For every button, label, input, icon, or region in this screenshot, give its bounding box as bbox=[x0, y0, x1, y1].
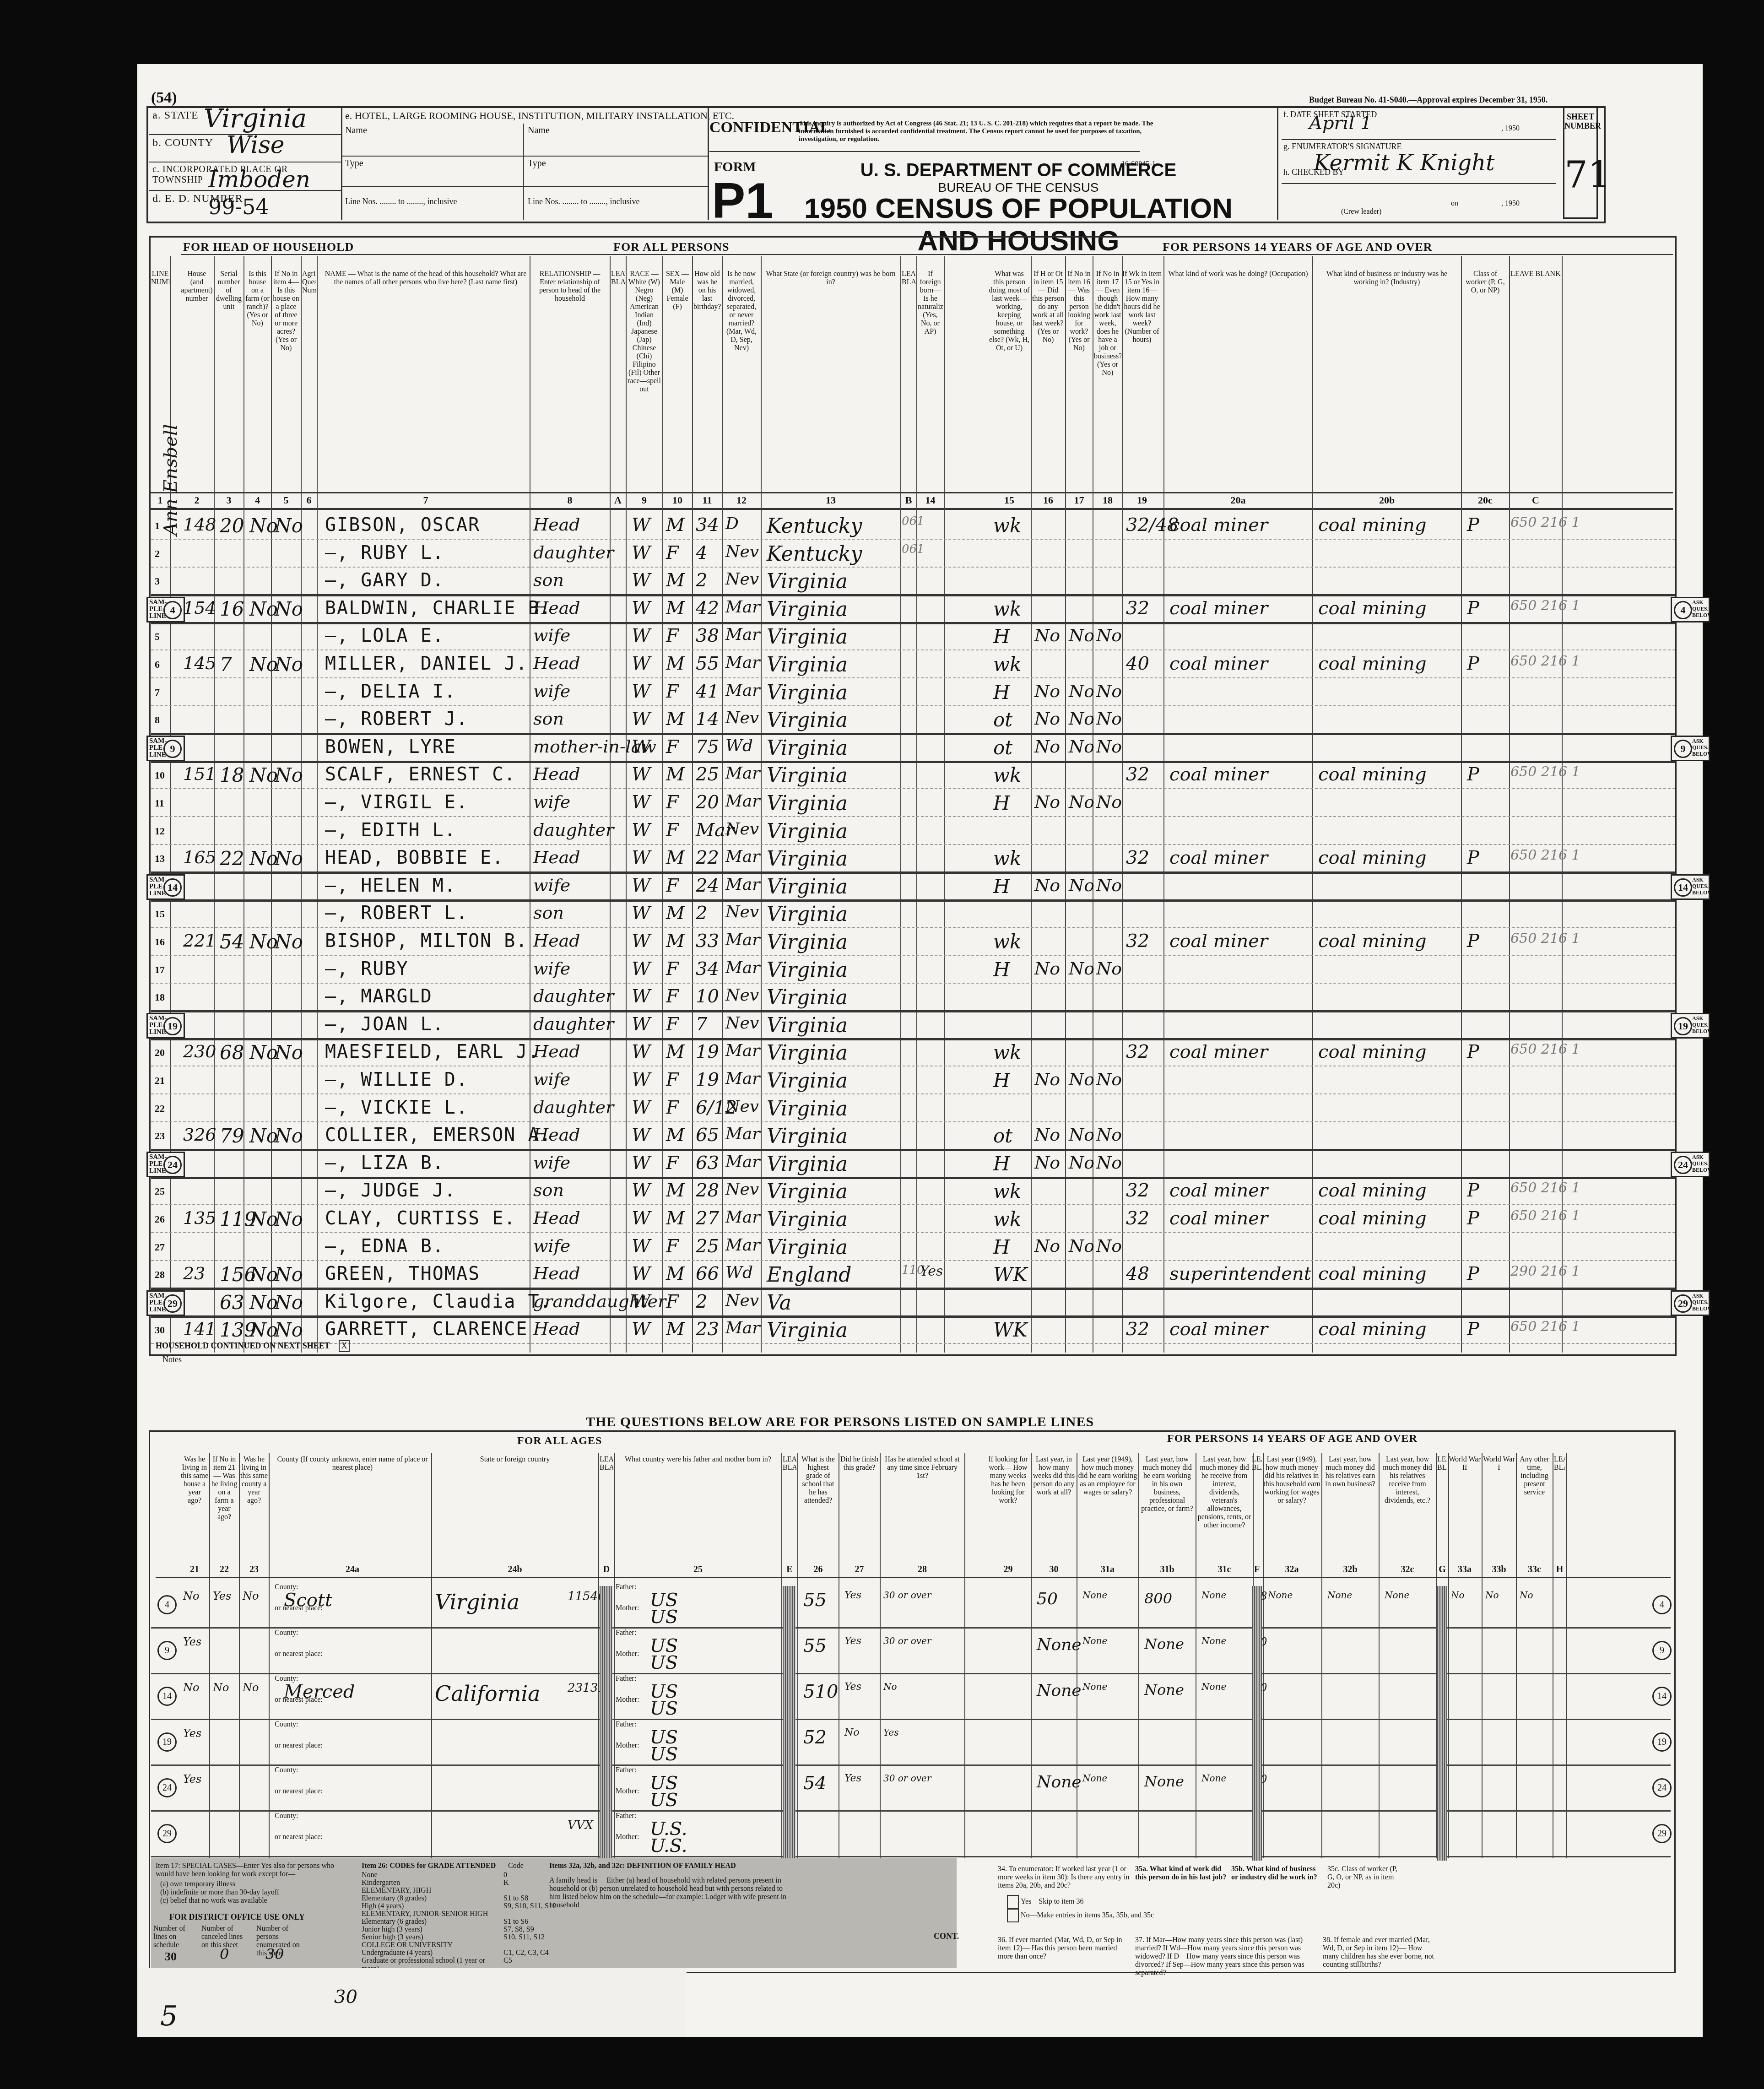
cell-birthplace[interactable]: Virginia bbox=[767, 875, 848, 898]
cell-class[interactable]: P bbox=[1467, 1208, 1479, 1229]
cell-age[interactable]: 42 bbox=[696, 598, 719, 619]
cell-marital[interactable]: Mar bbox=[725, 653, 760, 672]
sample-cell-q23[interactable]: No bbox=[243, 1681, 259, 1694]
cell-q17[interactable]: No bbox=[1069, 681, 1094, 701]
cell-occupation[interactable]: coal miner bbox=[1169, 653, 1268, 674]
cell-q16[interactable]: No bbox=[1034, 1125, 1060, 1145]
cell-acres[interactable]: No bbox=[275, 1041, 303, 1064]
cell-marital[interactable]: Nev bbox=[725, 820, 759, 839]
cell-sex[interactable]: M bbox=[666, 1263, 685, 1284]
cell-birthplace[interactable]: Virginia bbox=[767, 1180, 848, 1203]
cell-q17[interactable]: No bbox=[1069, 958, 1094, 979]
date-value[interactable]: April 1 bbox=[1309, 113, 1372, 134]
cell-acres[interactable]: No bbox=[275, 1291, 303, 1314]
cell-q18[interactable]: No bbox=[1096, 875, 1122, 895]
cell-occupation[interactable]: coal miner bbox=[1169, 764, 1268, 785]
q34-yes[interactable]: Yes—Skip to item 36 bbox=[1007, 1895, 1084, 1909]
cell-serial[interactable]: 22 bbox=[220, 847, 244, 870]
sample-cell-finished[interactable]: Yes bbox=[844, 1635, 861, 1647]
cell-race[interactable]: W bbox=[632, 1180, 650, 1201]
cell-rel[interactable]: Head bbox=[533, 1319, 580, 1339]
cell-q18[interactable]: No bbox=[1096, 1236, 1122, 1256]
cell-activity[interactable]: wk bbox=[993, 1208, 1021, 1230]
cell-rel[interactable]: son bbox=[533, 1180, 564, 1200]
cell-marital[interactable]: Mar bbox=[725, 1041, 760, 1060]
cell-industry[interactable]: coal mining bbox=[1318, 931, 1426, 952]
sample-cell-finished[interactable]: No bbox=[844, 1727, 860, 1738]
cell-sex[interactable]: F bbox=[666, 1291, 679, 1312]
cell-marital[interactable]: Mar bbox=[725, 1319, 760, 1337]
cell-c-code[interactable]: 650 216 1 bbox=[1510, 1041, 1580, 1057]
cell-occupation[interactable]: coal miner bbox=[1169, 1319, 1268, 1340]
cell-q18[interactable]: No bbox=[1096, 681, 1122, 701]
cell-name[interactable]: GARRETT, CLARENCE bbox=[325, 1319, 528, 1340]
cell-activity[interactable]: wk bbox=[993, 653, 1021, 676]
sample-cell-other-svc[interactable]: No bbox=[1520, 1590, 1533, 1601]
cell-rel[interactable]: wife bbox=[533, 681, 570, 701]
cell-marital[interactable]: Wd bbox=[725, 736, 753, 755]
sample-cell-q21[interactable]: No bbox=[183, 1681, 199, 1694]
cell-age[interactable]: 34 bbox=[696, 958, 719, 980]
cell-rel[interactable]: wife bbox=[533, 1153, 570, 1173]
sample-cell-finished[interactable]: Yes bbox=[844, 1773, 861, 1784]
cell-race[interactable]: W bbox=[632, 958, 650, 980]
cell-marital[interactable]: Wd bbox=[725, 1263, 753, 1282]
sample-cell-weeks-worked[interactable]: None bbox=[1037, 1681, 1082, 1700]
cell-rel[interactable]: wife bbox=[533, 958, 570, 979]
cell-class[interactable]: P bbox=[1467, 598, 1479, 619]
cell-race[interactable]: W bbox=[632, 931, 650, 952]
sample-cell-weeks-worked[interactable]: 50 bbox=[1037, 1590, 1058, 1608]
cell-birthplace[interactable]: Virginia bbox=[767, 1097, 848, 1120]
cell-q17[interactable]: No bbox=[1069, 1236, 1094, 1256]
cell-age[interactable]: 24 bbox=[696, 875, 719, 896]
sample-cell-mother[interactable]: U.S. bbox=[650, 1835, 687, 1856]
cell-sex[interactable]: F bbox=[666, 1069, 679, 1090]
place-value[interactable]: Imboden bbox=[208, 166, 310, 193]
sample-cell-q22[interactable]: Yes bbox=[213, 1590, 231, 1602]
cell-name[interactable]: —, VIRGIL E. bbox=[325, 792, 468, 813]
cell-age[interactable]: 25 bbox=[696, 764, 719, 785]
cell-occupation[interactable]: superintendent bbox=[1169, 1263, 1311, 1284]
q34-yes-checkbox[interactable] bbox=[1007, 1895, 1019, 1909]
cell-race[interactable]: W bbox=[632, 847, 650, 868]
cell-age[interactable]: 19 bbox=[696, 1041, 719, 1062]
cell-marital[interactable]: Mar bbox=[725, 1153, 760, 1171]
cell-race[interactable]: W bbox=[632, 681, 650, 702]
cell-name[interactable]: —, EDNA B. bbox=[325, 1236, 444, 1257]
cell-house[interactable]: 148 bbox=[183, 514, 216, 535]
cell-age[interactable]: 2 bbox=[696, 1291, 707, 1312]
cell-race[interactable]: W bbox=[632, 1236, 650, 1257]
sample-cell-q21[interactable]: Yes bbox=[183, 1727, 201, 1740]
cell-q16[interactable]: No bbox=[1034, 709, 1060, 729]
cell-rel[interactable]: Head bbox=[533, 847, 580, 867]
cell-name[interactable]: —, EDITH L. bbox=[325, 820, 456, 841]
cell-activity[interactable]: wk bbox=[993, 1041, 1021, 1064]
cell-activity[interactable]: H bbox=[993, 958, 1010, 981]
cell-rel[interactable]: Head bbox=[533, 764, 580, 784]
cell-race[interactable]: W bbox=[632, 820, 650, 841]
cell-farm[interactable]: No bbox=[249, 1263, 278, 1286]
cell-class[interactable]: P bbox=[1467, 931, 1479, 952]
sample-cell-mother[interactable]: US bbox=[650, 1744, 678, 1765]
cell-hours[interactable]: 48 bbox=[1126, 1263, 1149, 1284]
cell-name[interactable]: —, VICKIE L. bbox=[325, 1097, 468, 1118]
cell-activity[interactable]: ot bbox=[993, 736, 1012, 759]
cell-birthplace[interactable]: Virginia bbox=[767, 1208, 848, 1231]
sample-cell-other-inc[interactable]: None bbox=[1201, 1635, 1226, 1646]
cell-marital[interactable]: Nev bbox=[725, 542, 759, 561]
sample-cell-own-bus[interactable]: None bbox=[1144, 1773, 1184, 1790]
cell-sex[interactable]: F bbox=[666, 625, 679, 646]
cell-farm[interactable]: No bbox=[249, 764, 278, 786]
cell-q16[interactable]: No bbox=[1034, 958, 1060, 979]
cell-class[interactable]: P bbox=[1467, 1180, 1479, 1201]
cell-q18[interactable]: No bbox=[1096, 709, 1122, 729]
cell-rel[interactable]: Head bbox=[533, 931, 580, 951]
cell-rel[interactable]: Head bbox=[533, 1208, 580, 1228]
cell-rel[interactable]: daughter bbox=[533, 986, 614, 1006]
cell-age[interactable]: 27 bbox=[696, 1208, 719, 1229]
cell-race[interactable]: W bbox=[632, 598, 650, 619]
cell-race[interactable]: W bbox=[632, 736, 650, 758]
cell-name[interactable]: —, RUBY L. bbox=[325, 542, 444, 563]
cell-race[interactable]: W bbox=[632, 1153, 650, 1174]
cell-marital[interactable]: Mar bbox=[725, 1069, 760, 1088]
cell-birthplace[interactable]: Virginia bbox=[767, 931, 848, 954]
cell-house[interactable]: 145 bbox=[183, 653, 216, 673]
sample-cell-mother[interactable]: US bbox=[650, 1652, 678, 1673]
cell-sex[interactable]: F bbox=[666, 1153, 679, 1174]
cell-q18[interactable]: No bbox=[1096, 1069, 1122, 1089]
cell-sex[interactable]: M bbox=[666, 931, 685, 952]
cell-q17[interactable]: No bbox=[1069, 709, 1094, 729]
cell-sex[interactable]: M bbox=[666, 598, 685, 619]
cell-hours[interactable]: 32 bbox=[1126, 1041, 1149, 1062]
cell-age[interactable]: 14 bbox=[696, 709, 719, 730]
sample-cell-mother[interactable]: US bbox=[650, 1698, 678, 1719]
cell-farm[interactable]: No bbox=[249, 1319, 278, 1341]
cell-age[interactable]: 4 bbox=[696, 542, 707, 563]
sample-cell-attended[interactable]: Yes bbox=[883, 1727, 899, 1738]
cell-industry[interactable]: coal mining bbox=[1318, 1180, 1426, 1201]
sample-cell-mother[interactable]: US bbox=[650, 1607, 678, 1628]
cell-race[interactable]: W bbox=[632, 1319, 650, 1340]
cell-rel[interactable]: Head bbox=[533, 653, 580, 673]
cell-name[interactable]: GIBSON, OSCAR bbox=[325, 514, 480, 536]
cell-name[interactable]: —, ROBERT L. bbox=[325, 903, 468, 924]
cell-occupation[interactable]: coal miner bbox=[1169, 1041, 1268, 1062]
cell-sex[interactable]: F bbox=[666, 681, 679, 702]
cell-farm[interactable]: No bbox=[249, 1041, 278, 1064]
cell-activity[interactable]: wk bbox=[993, 931, 1021, 953]
cell-rel[interactable]: wife bbox=[533, 625, 570, 645]
sample-cell-grade[interactable]: 55 bbox=[803, 1590, 827, 1611]
cell-age[interactable]: 34 bbox=[696, 514, 719, 536]
cell-sex[interactable]: F bbox=[666, 875, 679, 896]
cell-q16[interactable]: No bbox=[1034, 1153, 1060, 1173]
cell-house[interactable]: 165 bbox=[183, 847, 216, 867]
cell-rel[interactable]: daughter bbox=[533, 542, 614, 563]
cell-c-code[interactable]: 650 216 1 bbox=[1510, 1180, 1580, 1196]
sample-cell-q22[interactable]: No bbox=[213, 1681, 229, 1694]
cell-name[interactable]: MILLER, DANIEL J. bbox=[325, 653, 528, 674]
cell-sex[interactable]: F bbox=[666, 820, 679, 841]
cell-rel[interactable]: Head bbox=[533, 1041, 580, 1061]
cell-race[interactable]: W bbox=[632, 1291, 650, 1312]
cell-birthplace[interactable]: Virginia bbox=[767, 1014, 848, 1037]
cell-activity[interactable]: wk bbox=[993, 847, 1021, 870]
cell-birthplace[interactable]: Virginia bbox=[767, 1153, 848, 1176]
cell-sex[interactable]: M bbox=[666, 1180, 685, 1201]
sample-cell-attended[interactable]: 30 or over bbox=[883, 1590, 931, 1601]
cell-race[interactable]: W bbox=[632, 625, 650, 646]
cell-occupation[interactable]: coal miner bbox=[1169, 514, 1268, 536]
ed-value[interactable]: 99-54 bbox=[208, 195, 269, 219]
cell-name[interactable]: —, LIZA B. bbox=[325, 1153, 444, 1174]
household-continued-checkbox[interactable]: X bbox=[339, 1340, 350, 1352]
cell-sex[interactable]: M bbox=[666, 847, 685, 868]
cell-birthplace[interactable]: Virginia bbox=[767, 1236, 848, 1259]
cell-age[interactable]: 10 bbox=[696, 986, 719, 1007]
cell-c-code[interactable]: 650 216 1 bbox=[1510, 653, 1580, 669]
cell-name[interactable]: —, GARY D. bbox=[325, 570, 444, 591]
cell-rel[interactable]: daughter bbox=[533, 1014, 614, 1034]
cell-activity[interactable]: wk bbox=[993, 514, 1021, 537]
cell-marital[interactable]: Nev bbox=[725, 1097, 759, 1116]
cell-marital[interactable]: Mar bbox=[725, 764, 760, 783]
cell-age[interactable]: 38 bbox=[696, 625, 719, 646]
cell-birthplace[interactable]: Virginia bbox=[767, 681, 848, 704]
cell-activity[interactable]: H bbox=[993, 792, 1010, 814]
cell-race[interactable]: W bbox=[632, 570, 650, 591]
cell-name[interactable]: —, HELEN M. bbox=[325, 875, 456, 896]
cell-house[interactable]: 135 bbox=[183, 1208, 216, 1228]
cell-industry[interactable]: coal mining bbox=[1318, 1319, 1426, 1340]
cell-industry[interactable]: coal mining bbox=[1318, 764, 1426, 785]
cell-age[interactable]: 19 bbox=[696, 1069, 719, 1090]
sample-cell-own-bus[interactable]: None bbox=[1144, 1681, 1184, 1699]
cell-naturalized[interactable]: Yes bbox=[920, 1263, 943, 1279]
state-value[interactable]: Virginia bbox=[204, 104, 307, 134]
cell-name[interactable]: BISHOP, MILTON B. bbox=[325, 931, 528, 952]
cell-hours[interactable]: 32 bbox=[1126, 1319, 1149, 1340]
cell-age[interactable]: 2 bbox=[696, 903, 707, 924]
cell-hours[interactable]: 32 bbox=[1126, 764, 1149, 785]
q34-no-checkbox[interactable] bbox=[1007, 1909, 1019, 1922]
cell-sex[interactable]: F bbox=[666, 986, 679, 1007]
cell-rel[interactable]: wife bbox=[533, 1236, 570, 1256]
cell-age[interactable]: 20 bbox=[696, 792, 719, 813]
sample-cell-other-inc[interactable]: None bbox=[1201, 1590, 1226, 1601]
cell-birthplace[interactable]: Virginia bbox=[767, 903, 848, 926]
cell-name[interactable]: BALDWIN, CHARLIE B. bbox=[325, 598, 552, 619]
cell-name[interactable]: BOWEN, LYRE bbox=[325, 736, 456, 758]
cell-birthplace[interactable]: Kentucky bbox=[767, 542, 862, 566]
cell-acres[interactable]: No bbox=[275, 931, 303, 953]
cell-occupation[interactable]: coal miner bbox=[1169, 1208, 1268, 1229]
cell-marital[interactable]: Nev bbox=[725, 903, 759, 921]
cell-activity[interactable]: H bbox=[993, 1069, 1010, 1092]
sample-cell-q21[interactable]: No bbox=[183, 1590, 199, 1602]
cell-hours[interactable]: 32 bbox=[1126, 847, 1149, 868]
cell-activity[interactable]: ot bbox=[993, 709, 1012, 731]
cell-rel[interactable]: Head bbox=[533, 1263, 580, 1283]
cell-q17[interactable]: No bbox=[1069, 625, 1094, 645]
cell-serial[interactable]: 7 bbox=[220, 653, 232, 676]
cell-marital[interactable]: Mar bbox=[725, 958, 760, 977]
cell-age[interactable]: 55 bbox=[696, 653, 719, 674]
cell-industry[interactable]: coal mining bbox=[1318, 598, 1426, 619]
cell-birthplace[interactable]: Virginia bbox=[767, 736, 848, 760]
cell-hours[interactable]: 40 bbox=[1126, 653, 1149, 674]
cell-rel[interactable]: son bbox=[533, 903, 564, 923]
cell-name[interactable]: —, DELIA I. bbox=[325, 681, 456, 702]
cell-age[interactable]: 22 bbox=[696, 847, 719, 868]
sample-cell-q21[interactable]: Yes bbox=[183, 1635, 201, 1648]
cell-sex[interactable]: M bbox=[666, 709, 685, 730]
cell-name[interactable]: —, MARGLD bbox=[325, 986, 433, 1007]
cell-q17[interactable]: No bbox=[1069, 1125, 1094, 1145]
cell-b-code[interactable]: 061 bbox=[902, 542, 925, 556]
cell-c-code[interactable]: 650 216 1 bbox=[1510, 598, 1580, 614]
sample-cell-state[interactable]: Virginia bbox=[435, 1590, 519, 1614]
sheet-number[interactable]: 71 bbox=[1564, 153, 1596, 196]
cell-farm[interactable]: No bbox=[249, 514, 278, 537]
sample-cell-other-inc[interactable]: None bbox=[1201, 1681, 1226, 1692]
cell-age[interactable]: 41 bbox=[696, 681, 719, 702]
cell-farm[interactable]: No bbox=[249, 1208, 278, 1230]
cell-sex[interactable]: M bbox=[666, 570, 685, 591]
sample-cell-wages[interactable]: None bbox=[1082, 1635, 1107, 1646]
cell-birthplace[interactable]: Virginia bbox=[767, 792, 848, 815]
cell-activity[interactable]: H bbox=[993, 875, 1010, 898]
sample-cell-wages[interactable]: None bbox=[1082, 1590, 1107, 1601]
cell-marital[interactable]: Nev bbox=[725, 570, 759, 589]
cell-marital[interactable]: Mar bbox=[725, 598, 760, 617]
cell-rel[interactable]: Head bbox=[533, 598, 580, 618]
cell-rel[interactable]: wife bbox=[533, 1069, 570, 1089]
cell-name[interactable]: —, JUDGE J. bbox=[325, 1180, 456, 1201]
cell-q16[interactable]: No bbox=[1034, 681, 1060, 701]
cell-class[interactable]: P bbox=[1467, 653, 1479, 674]
cell-hours[interactable]: 32 bbox=[1126, 931, 1149, 952]
q34-no[interactable]: No—Make entries in items 35a, 35b, and 3… bbox=[1007, 1909, 1154, 1922]
sample-cell-grade[interactable]: 55 bbox=[803, 1635, 827, 1656]
cell-class[interactable]: P bbox=[1467, 1041, 1479, 1062]
cell-acres[interactable]: No bbox=[275, 1263, 303, 1286]
cell-birthplace[interactable]: Virginia bbox=[767, 764, 848, 787]
cell-name[interactable]: Kilgore, Claudia T. bbox=[325, 1291, 552, 1312]
cell-q17[interactable]: No bbox=[1069, 1069, 1094, 1089]
cell-house[interactable]: 141 bbox=[183, 1319, 216, 1339]
cell-marital[interactable]: Nev bbox=[725, 986, 759, 1005]
cell-acres[interactable]: No bbox=[275, 764, 303, 786]
cell-birthplace[interactable]: Virginia bbox=[767, 1319, 848, 1342]
cell-class[interactable]: P bbox=[1467, 847, 1479, 868]
cell-race[interactable]: W bbox=[632, 903, 650, 924]
sample-cell-grade[interactable]: 54 bbox=[803, 1773, 827, 1794]
cell-serial[interactable]: 54 bbox=[220, 931, 244, 953]
cell-name[interactable]: —, LOLA E. bbox=[325, 625, 444, 646]
cell-farm[interactable]: No bbox=[249, 1291, 278, 1314]
cell-birthplace[interactable]: England bbox=[767, 1263, 851, 1287]
sample-cell-finished[interactable]: Yes bbox=[844, 1681, 861, 1693]
sample-cell-county[interactable]: Merced bbox=[284, 1681, 355, 1702]
cell-q16[interactable]: No bbox=[1034, 1069, 1060, 1089]
cell-name[interactable]: —, RUBY bbox=[325, 958, 409, 980]
cell-rel[interactable]: wife bbox=[533, 875, 570, 895]
cell-name[interactable]: GREEN, THOMAS bbox=[325, 1263, 480, 1284]
cell-sex[interactable]: M bbox=[666, 514, 685, 536]
sample-cell-other-inc[interactable]: None bbox=[1201, 1773, 1226, 1784]
cell-house[interactable]: 151 bbox=[183, 764, 216, 784]
cell-c-code[interactable]: 650 216 1 bbox=[1510, 1208, 1580, 1224]
cell-birthplace[interactable]: Virginia bbox=[767, 1041, 848, 1065]
cell-marital[interactable]: Mar bbox=[725, 681, 760, 700]
sample-cell-q21[interactable]: Yes bbox=[183, 1773, 201, 1786]
cell-marital[interactable]: Mar bbox=[725, 875, 760, 894]
cell-q16[interactable]: No bbox=[1034, 1236, 1060, 1256]
sample-cell-county[interactable]: Scott bbox=[284, 1590, 332, 1611]
cell-activity[interactable]: WK bbox=[993, 1319, 1028, 1341]
cell-house[interactable]: 221 bbox=[183, 931, 216, 951]
cell-industry[interactable]: coal mining bbox=[1318, 1208, 1426, 1229]
cell-sex[interactable]: F bbox=[666, 1014, 679, 1035]
cell-age[interactable]: 66 bbox=[696, 1263, 719, 1284]
cell-sex[interactable]: F bbox=[666, 792, 679, 813]
cell-serial[interactable]: 68 bbox=[220, 1041, 244, 1064]
sample-cell-own-bus[interactable]: None bbox=[1144, 1635, 1184, 1653]
cell-marital[interactable]: D bbox=[725, 514, 739, 533]
cell-industry[interactable]: coal mining bbox=[1318, 1263, 1426, 1284]
cell-rel[interactable]: Head bbox=[533, 1125, 580, 1145]
cell-c-code[interactable]: 650 216 1 bbox=[1510, 514, 1580, 530]
sample-cell-ww2[interactable]: No bbox=[1451, 1590, 1465, 1601]
sample-cell-attended[interactable]: No bbox=[883, 1681, 897, 1692]
cell-race[interactable]: W bbox=[632, 1263, 650, 1284]
cell-birthplace[interactable]: Virginia bbox=[767, 709, 848, 732]
cell-q16[interactable]: No bbox=[1034, 875, 1060, 895]
cell-farm[interactable]: No bbox=[249, 653, 278, 676]
cell-house[interactable]: 23 bbox=[183, 1263, 205, 1283]
cell-q18[interactable]: No bbox=[1096, 958, 1122, 979]
cell-age[interactable]: 2 bbox=[696, 570, 707, 591]
cell-age[interactable]: 63 bbox=[696, 1153, 719, 1174]
cell-q16[interactable]: No bbox=[1034, 625, 1060, 645]
cell-acres[interactable]: No bbox=[275, 514, 303, 537]
cell-sex[interactable]: M bbox=[666, 653, 685, 674]
cell-birthplace[interactable]: Virginia bbox=[767, 1125, 848, 1148]
cell-acres[interactable]: No bbox=[275, 1319, 303, 1341]
sample-cell-ww1[interactable]: No bbox=[1485, 1590, 1499, 1601]
sample-cell-mother[interactable]: US bbox=[650, 1790, 678, 1811]
cell-sex[interactable]: F bbox=[666, 958, 679, 980]
cell-q16[interactable]: No bbox=[1034, 792, 1060, 812]
cell-age[interactable]: 28 bbox=[696, 1180, 719, 1201]
cell-birthplace[interactable]: Virginia bbox=[767, 653, 848, 676]
cell-birthplace[interactable]: Virginia bbox=[767, 625, 848, 649]
cell-sex[interactable]: M bbox=[666, 1041, 685, 1062]
sample-cell-weeks-worked[interactable]: None bbox=[1037, 1773, 1082, 1791]
cell-farm[interactable]: No bbox=[249, 598, 278, 620]
cell-rel[interactable]: son bbox=[533, 709, 564, 729]
cell-sex[interactable]: F bbox=[666, 1236, 679, 1257]
cell-acres[interactable]: No bbox=[275, 598, 303, 620]
cell-serial[interactable]: 63 bbox=[220, 1291, 244, 1314]
cell-c-code[interactable]: 650 216 1 bbox=[1510, 847, 1580, 863]
